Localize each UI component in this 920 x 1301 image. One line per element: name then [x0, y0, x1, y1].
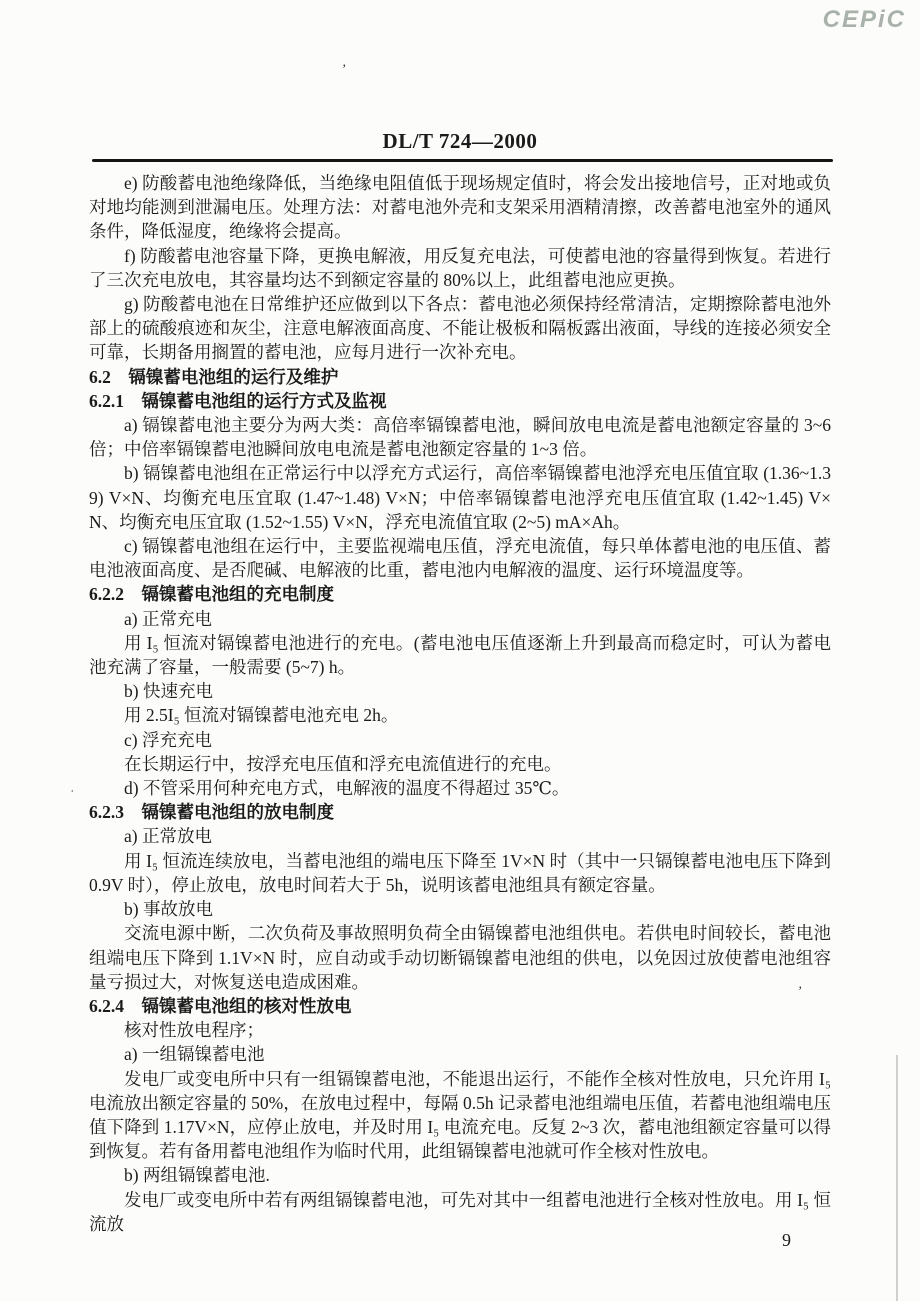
paragraph: 用 2.5I₅ 恒流对镉镍蓄电池充电 2h。	[89, 703, 831, 727]
paragraph: c) 镉镍蓄电池组在运行中，主要监视端电压值，浮充电流值，每只单体蓄电池的电压值…	[89, 534, 831, 582]
document-body: e) 防酸蓄电池绝缘降低，当绝缘电阻值低于现场规定值时，将会发出接地信号，正对地…	[89, 171, 831, 1236]
paragraph: d) 不管采用何种充电方式，电解液的温度不得超过 35℃。	[89, 776, 831, 800]
section-heading: 6.2 镉镍蓄电池组的运行及维护	[89, 365, 831, 389]
paragraph: 用 I₅ 恒流连续放电，当蓄电池组的端电压下降至 1V×N 时（其中一只镉镍蓄电…	[89, 849, 831, 897]
cepic-watermark-logo: CEPiC	[823, 6, 906, 34]
paragraph: 交流电源中断，二次负荷及事故照明负荷全由镉镍蓄电池组供电。若供电时间较长，蓄电池…	[89, 921, 831, 994]
section-heading: 6.2.1 镉镍蓄电池组的运行方式及监视	[89, 389, 831, 413]
paragraph: b) 两组镉镍蓄电池.	[89, 1163, 831, 1187]
section-heading: 6.2.4 镉镍蓄电池组的核对性放电	[89, 994, 831, 1018]
section-heading: 6.2.3 镉镍蓄电池组的放电制度	[89, 800, 831, 824]
paragraph: e) 防酸蓄电池绝缘降低，当绝缘电阻值低于现场规定值时，将会发出接地信号，正对地…	[89, 171, 831, 244]
paragraph: b) 事故放电	[89, 897, 831, 921]
scan-speck: ʼ	[798, 984, 802, 997]
scan-edge-line	[896, 1055, 898, 1301]
paragraph: a) 正常放电	[89, 824, 831, 848]
paragraph: 发电厂或变电所中若有两组镉镍蓄电池，可先对其中一组蓄电池进行全核对性放电。用 I…	[89, 1188, 831, 1236]
scan-speck: ˈ	[70, 788, 74, 801]
paragraph: 用 I₅ 恒流对镉镍蓄电池进行的充电。(蓄电池电压值逐渐上升到最高而稳定时，可认…	[89, 631, 831, 679]
paragraph: a) 正常充电	[89, 607, 831, 631]
paragraph: g) 防酸蓄电池在日常维护还应做到以下各点：蓄电池必须保持经常清洁，定期擦除蓄电…	[89, 292, 831, 365]
paragraph: b) 镉镍蓄电池组在正常运行中以浮充方式运行，高倍率镉镍蓄电池浮充电压值宜取 (…	[89, 461, 831, 534]
paragraph: a) 一组镉镍蓄电池	[89, 1042, 831, 1066]
paragraph: 在长期运行中，按浮充电压值和浮充电流值进行的充电。	[89, 752, 831, 776]
scan-speck: ’	[342, 62, 346, 75]
paragraph: a) 镉镍蓄电池主要分为两大类：高倍率镉镍蓄电池，瞬间放电电流是蓄电池额定容量的…	[89, 413, 831, 461]
scanned-document-page: CEPiC ’ DL/T 724—2000 e) 防酸蓄电池绝缘降低，当绝缘电阻…	[0, 0, 920, 1301]
paragraph: 核对性放电程序；	[89, 1018, 831, 1042]
page-number: 9	[782, 1230, 791, 1251]
paragraph: c) 浮充充电	[89, 728, 831, 752]
document-number-header: DL/T 724—2000	[89, 129, 831, 154]
paragraph: b) 快速充电	[89, 679, 831, 703]
paragraph: 发电厂或变电所中只有一组镉镍蓄电池，不能退出运行，不能作全核对性放电，只允许用 …	[89, 1067, 831, 1164]
header-rule	[92, 159, 833, 162]
paragraph: f) 防酸蓄电池容量下降，更换电解液，用反复充电法，可使蓄电池的容量得到恢复。若…	[89, 244, 831, 292]
section-heading: 6.2.2 镉镍蓄电池组的充电制度	[89, 582, 831, 606]
